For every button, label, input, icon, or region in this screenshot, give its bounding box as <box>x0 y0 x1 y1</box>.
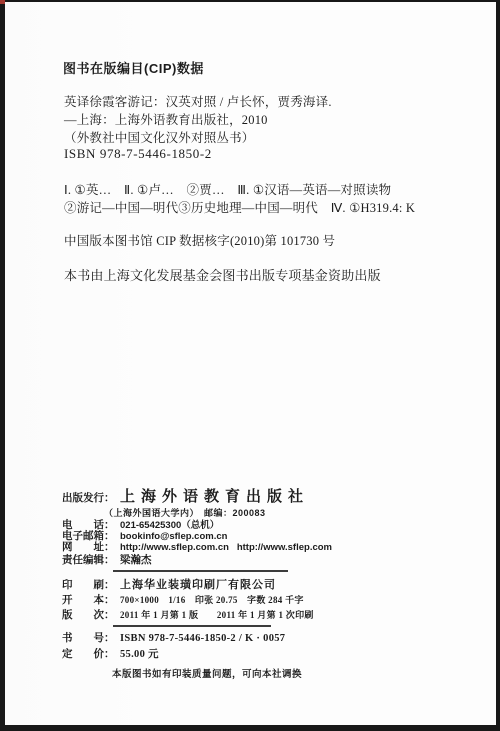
book-number-value: ISBN 978-7-5446-1850-2 / K · 0057 <box>120 633 285 644</box>
divider-rule-bottom <box>113 625 271 627</box>
cip-classification-line-1: Ⅰ. ①英… Ⅱ. ①卢… ②贾… Ⅲ. ①汉语—英语—对照读物 <box>64 180 391 198</box>
format-value: 700×1000 1/16 印张 20.75 字数 284 千字 <box>120 593 304 606</box>
printer-label: 印 刷： <box>62 577 120 592</box>
funding-note-line: 本书由上海文化发展基金会图书出版专项基金资助出版 <box>64 265 381 284</box>
responsible-editor-value: 梁瀚杰 <box>120 552 152 567</box>
scan-artifact-red-speck <box>0 0 5 4</box>
cip-title-line: 英译徐霞客游记：汉英对照 / 卢长怀，贾秀海译. <box>64 92 332 110</box>
divider-rule-top <box>113 570 288 572</box>
cip-record-number-line: 中国版本图书馆 CIP 数据核字(2010)第 101730 号 <box>64 231 335 249</box>
printer-row: 印 刷： 上海华业装璜印刷厂有限公司 <box>62 576 276 592</box>
price-value: 55.00 元 <box>120 646 159 661</box>
publisher-row: 出版发行： 上海外语教育出版社 <box>62 485 309 506</box>
scanned-copyright-page: 图书在版编目(CIP)数据 英译徐霞客游记：汉英对照 / 卢长怀，贾秀海译. —… <box>0 0 500 731</box>
book-number-label: 书 号： <box>62 630 120 645</box>
cip-header: 图书在版编目(CIP)数据 <box>63 58 204 77</box>
publisher-label: 出版发行： <box>62 490 120 505</box>
edition-row: 版 次： 2011 年 1 月第 1 版 2011 年 1 月第 1 次印刷 <box>62 607 314 622</box>
edition-label: 版 次： <box>62 607 120 622</box>
cip-classification-line-2: ②游记—中国—明代③历史地理—中国—明代 Ⅳ. ①H319.4: K <box>64 198 415 216</box>
publisher-name: 上海外语教育出版社 <box>120 485 309 506</box>
book-number-row: 书 号： ISBN 978-7-5446-1850-2 / K · 0057 <box>62 630 285 645</box>
price-row: 定 价： 55.00 元 <box>62 646 159 661</box>
website-value: http://www.sflep.com.cn http://www.sflep… <box>120 542 332 553</box>
edition-value: 2011 年 1 月第 1 版 2011 年 1 月第 1 次印刷 <box>120 608 314 621</box>
cip-publisher-line: —上海：上海外语教育出版社，2010 <box>64 110 268 128</box>
format-label: 开 本： <box>62 592 120 607</box>
quality-exchange-note: 本版图书如有印装质量问题，可向本社调换 <box>112 666 302 680</box>
price-label: 定 价： <box>62 646 120 661</box>
responsible-editor-label: 责任编辑： <box>62 552 120 567</box>
printer-value: 上海华业装璜印刷厂有限公司 <box>120 576 276 592</box>
cip-isbn-line: ISBN 978-7-5446-1850-2 <box>64 146 212 162</box>
format-row: 开 本： 700×1000 1/16 印张 20.75 字数 284 千字 <box>62 592 304 607</box>
cip-series-line: （外教社中国文化汉外对照丛书） <box>64 128 255 146</box>
responsible-editor-row: 责任编辑： 梁瀚杰 <box>62 552 152 567</box>
